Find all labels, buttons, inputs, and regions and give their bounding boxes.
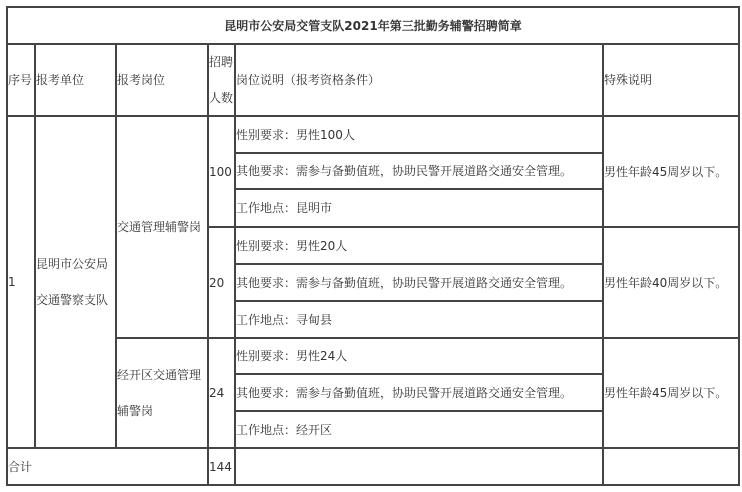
header-position: 报考岗位 bbox=[115, 43, 209, 117]
header-special-text: 特殊说明 bbox=[604, 74, 652, 86]
total-label-text: 合计 bbox=[8, 461, 32, 473]
special-text: 男性年龄45周岁以下。 bbox=[604, 387, 727, 399]
count-value: 20 bbox=[209, 277, 224, 289]
location-text: 工作地点：昆明市 bbox=[236, 202, 332, 214]
position-name: 交通管理辅警岗 bbox=[117, 221, 201, 233]
special-text: 男性年龄40周岁以下。 bbox=[604, 277, 727, 289]
count-cell: 20 bbox=[207, 226, 236, 339]
gender-requirement: 性别要求：男性24人 bbox=[234, 337, 604, 375]
row-unit: 昆明市公安局 交通警察支队 bbox=[34, 115, 117, 449]
count-value: 24 bbox=[209, 387, 224, 399]
gender-requirement: 性别要求：男性100人 bbox=[234, 115, 604, 154]
table-title: 昆明市公安局交管支队2021年第三批勤务辅警招聘简章 bbox=[6, 6, 740, 45]
row-index-text: 1 bbox=[8, 276, 16, 288]
row-unit-line2: 交通警察支队 bbox=[36, 294, 108, 306]
other-requirement: 其他要求：需参与备勤值班，协助民警开展道路交通安全管理。 bbox=[234, 263, 604, 302]
gender-requirement: 性别要求：男性20人 bbox=[234, 226, 604, 265]
row-unit-line1: 昆明市公安局 bbox=[36, 258, 108, 270]
special-note: 男性年龄40周岁以下。 bbox=[602, 226, 740, 339]
header-description: 岗位说明（报考资格条件） bbox=[234, 43, 604, 117]
other-text: 其他要求：需参与备勤值班，协助民警开展道路交通安全管理。 bbox=[236, 277, 572, 289]
special-note: 男性年龄45周岁以下。 bbox=[602, 115, 740, 228]
gender-text: 性别要求：男性24人 bbox=[236, 350, 347, 362]
position-traffic-auxiliary: 交通管理辅警岗 bbox=[115, 115, 209, 339]
header-index-text: 序号 bbox=[8, 74, 32, 86]
location-text: 工作地点：经开区 bbox=[236, 424, 332, 436]
total-count: 144 bbox=[207, 447, 236, 486]
special-note: 男性年龄45周岁以下。 bbox=[602, 337, 740, 449]
other-requirement: 其他要求：需参与备勤值班，协助民警开展道路交通安全管理。 bbox=[234, 373, 604, 412]
count-cell: 100 bbox=[207, 115, 236, 228]
other-text: 其他要求：需参与备勤值班，协助民警开展道路交通安全管理。 bbox=[236, 387, 572, 399]
table-title-text: 昆明市公安局交管支队2021年第三批勤务辅警招聘简章 bbox=[224, 20, 521, 32]
header-index: 序号 bbox=[6, 43, 36, 117]
position-jingkai-traffic-auxiliary: 经开区交通管理 辅警岗 bbox=[115, 337, 209, 449]
gender-text: 性别要求：男性100人 bbox=[236, 129, 355, 141]
total-count-text: 144 bbox=[209, 461, 232, 473]
header-description-text: 岗位说明（报考资格条件） bbox=[236, 74, 380, 86]
work-location: 工作地点：昆明市 bbox=[234, 188, 604, 228]
special-text: 男性年龄45周岁以下。 bbox=[604, 166, 727, 178]
other-text: 其他要求：需参与备勤值班，协助民警开展道路交通安全管理。 bbox=[236, 165, 572, 177]
total-label: 合计 bbox=[6, 447, 209, 486]
header-unit-text: 报考单位 bbox=[36, 74, 84, 86]
position-name-line1: 经开区交通管理 bbox=[117, 369, 201, 381]
count-cell: 24 bbox=[207, 337, 236, 449]
total-description bbox=[234, 447, 604, 486]
work-location: 工作地点：寻甸县 bbox=[234, 300, 604, 339]
header-special: 特殊说明 bbox=[602, 43, 740, 117]
header-count-line1: 招聘 bbox=[209, 56, 233, 68]
header-unit: 报考单位 bbox=[34, 43, 117, 117]
row-index: 1 bbox=[6, 115, 36, 449]
header-count: 招聘 人数 bbox=[207, 43, 236, 117]
work-location: 工作地点：经开区 bbox=[234, 410, 604, 449]
other-requirement: 其他要求：需参与备勤值班，协助民警开展道路交通安全管理。 bbox=[234, 152, 604, 190]
gender-text: 性别要求：男性20人 bbox=[236, 240, 347, 252]
location-text: 工作地点：寻甸县 bbox=[236, 314, 332, 326]
header-position-text: 报考岗位 bbox=[117, 74, 165, 86]
total-special bbox=[602, 447, 740, 486]
position-name-line2: 辅警岗 bbox=[117, 405, 153, 417]
header-count-line2: 人数 bbox=[209, 92, 233, 104]
count-value: 100 bbox=[209, 166, 232, 178]
